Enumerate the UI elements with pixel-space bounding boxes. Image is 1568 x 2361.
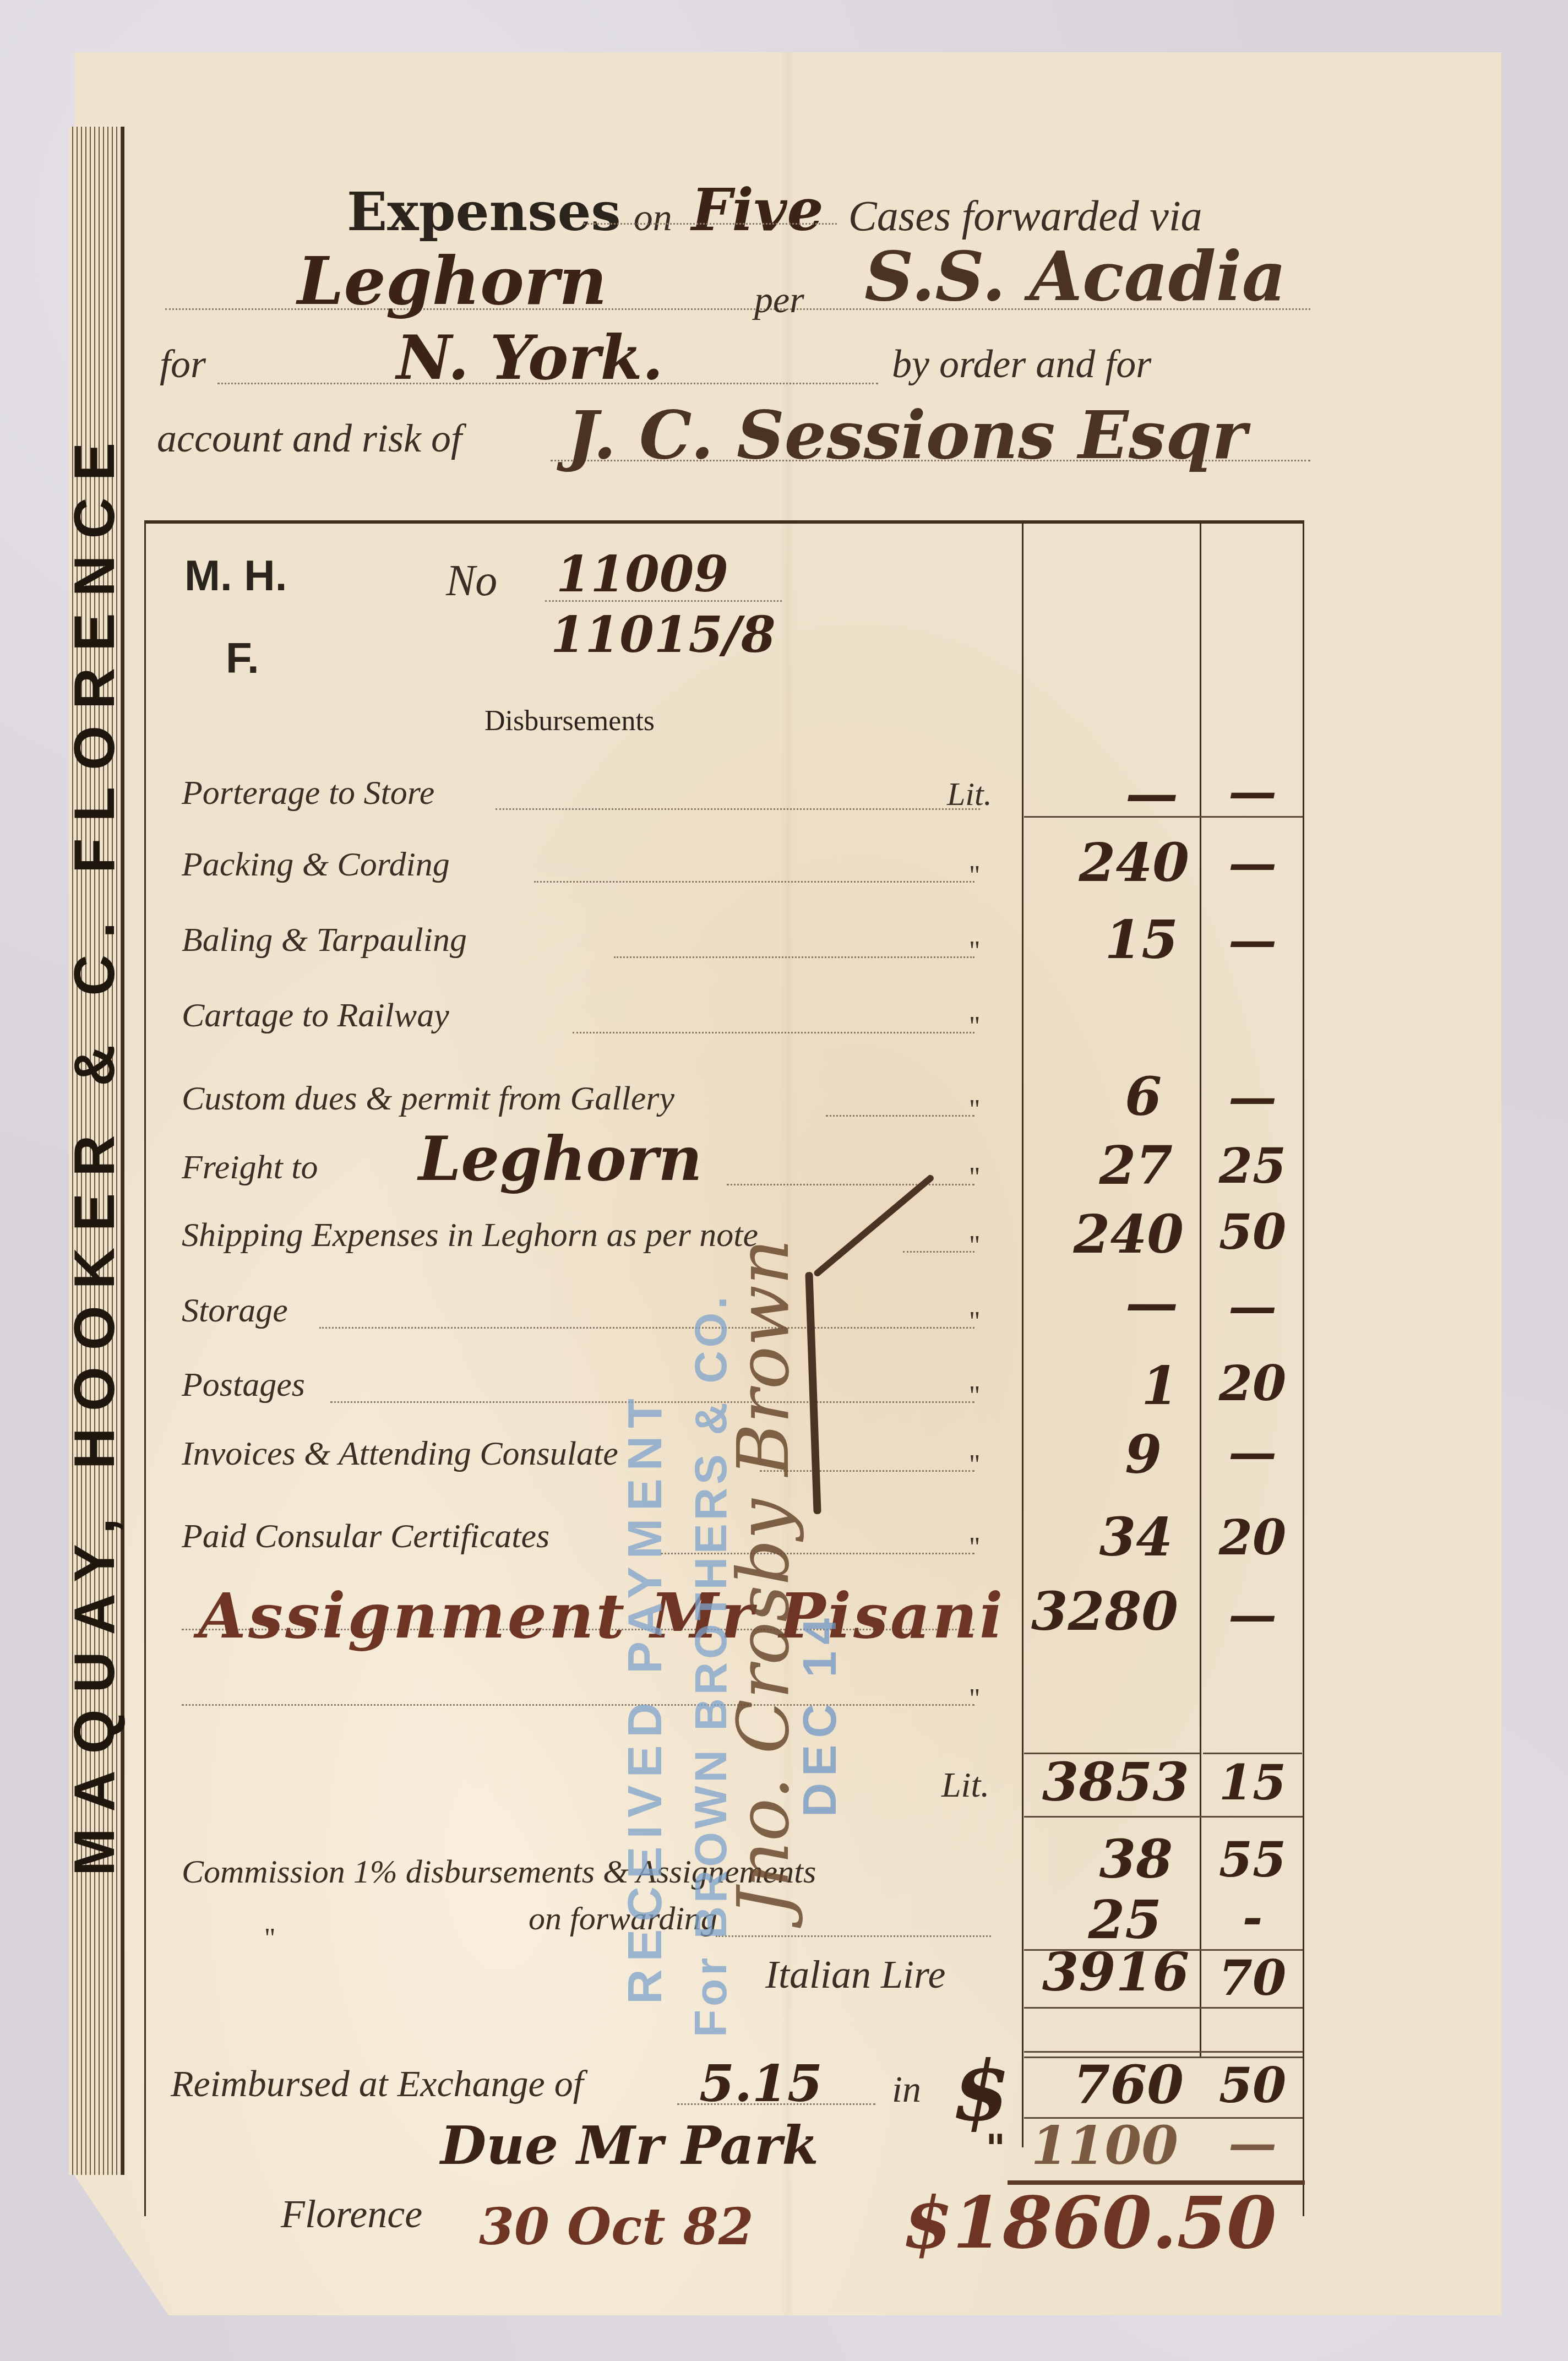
row-ditto-mark: " (969, 1010, 980, 1042)
commission-cents: 55 (1206, 1831, 1299, 1888)
row-label-shipping-expenses: Shipping Expenses in Leghorn as per note (182, 1216, 758, 1255)
row-amount-lire: 3280 (1013, 1580, 1178, 1642)
row-ditto-mark: " (969, 1531, 980, 1563)
dotted-line (716, 1935, 991, 1937)
row-amount-cents: — (1206, 911, 1299, 969)
due-ditto-mark: " (986, 2125, 1005, 2171)
row-amount-cents: — (1206, 834, 1299, 891)
row-label-cartage: Cartage to Railway (182, 996, 449, 1035)
case-number-1: 11009 (556, 545, 728, 603)
forwarding-ditto-mark: " (264, 1922, 275, 1954)
reimbursed-label: Reimbursed at Exchange of (171, 2062, 584, 2106)
cents-column-divider (1200, 520, 1201, 2057)
per-label: per (754, 278, 804, 322)
row-ditto-mark: " (969, 1093, 980, 1125)
row-ditto-mark: " (969, 1229, 980, 1261)
subtotal-lire: 3853 (1030, 1751, 1189, 1813)
row-label-consular-certificates: Paid Consular Certificates (182, 1517, 549, 1556)
row-amount-lire: 240 (1035, 831, 1189, 894)
row-rule (1024, 816, 1303, 818)
quantity-handwritten: Five (692, 176, 824, 244)
due-mr-park-label: Due Mr Park (440, 2114, 819, 2177)
shipping-mark-line-2: F. (226, 633, 259, 683)
due-cents: — (1206, 2114, 1299, 2172)
row-label-custom-dues: Custom dues & permit from Gallery (182, 1079, 674, 1118)
expenses-heading: Expenses (347, 181, 621, 243)
row-label-porterage: Porterage to Store (182, 774, 434, 813)
row-amount-cents: 50 (1206, 1203, 1299, 1260)
table-left-border (144, 520, 146, 2216)
row-amount-cents: — (1206, 763, 1299, 820)
letterhead-strip-text-container: MAQUAY, HOOKER & C. FLORENCE (69, 127, 121, 2175)
subtotal-bottom-rule (1024, 1816, 1303, 1818)
date-handwritten: 30 Oct 82 (479, 2197, 754, 2256)
row-label-freight: Freight to (182, 1148, 318, 1187)
row-ditto-mark: " (969, 1161, 980, 1193)
lire-column-divider (1022, 520, 1023, 2147)
dotted-line (826, 1115, 974, 1117)
destination-handwritten: N. York. (396, 322, 663, 393)
receipt-signature: Jno. Crosby Brown (721, 1239, 805, 1916)
dotted-line (534, 881, 974, 883)
dotted-line (496, 808, 980, 810)
freight-destination-handwritten: Leghorn (418, 1123, 703, 1194)
table-top-border (144, 520, 1303, 524)
dotted-line (727, 1184, 974, 1185)
row-amount-cents: 25 (1206, 1137, 1299, 1194)
row-ditto-mark: " (969, 1448, 980, 1480)
dotted-line (903, 1251, 974, 1253)
row-amount-lire: 34 (1035, 1506, 1173, 1568)
header-line-1: Expenses on Five Cases forwarded via (347, 176, 1202, 244)
row-amount-lire: 240 (1035, 1203, 1184, 1265)
subtotal-cents: 15 (1206, 1754, 1299, 1811)
dotted-line (584, 223, 837, 225)
row-label-storage: Storage (182, 1291, 288, 1330)
row-ditto-mark: " (969, 859, 980, 891)
row-amount-cents: — (1206, 1068, 1299, 1125)
dotted-line (182, 1704, 974, 1706)
row-label-packing: Packing & Cording (182, 845, 450, 884)
for-label: for (160, 341, 206, 387)
cases-forwarded-label: Cases forwarded via (848, 192, 1202, 240)
due-amount: 1100 (1024, 2114, 1178, 2177)
dotted-line (319, 1327, 974, 1329)
row-amount-lire: 27 (1035, 1134, 1173, 1196)
row-label-baling: Baling & Tarpauling (182, 921, 467, 960)
row-ditto-mark: " (969, 1379, 980, 1411)
row-amount-lire: 9 (1035, 1423, 1162, 1486)
row-amount-cents: 20 (1206, 1509, 1299, 1566)
reimbursed-cents: 50 (1206, 2057, 1299, 2114)
row-ditto-mark: " (969, 1682, 980, 1714)
case-number-2: 11015/8 (551, 606, 776, 664)
disbursements-title: Disbursements (484, 705, 655, 737)
on-label: on (634, 197, 672, 239)
row-amount-cents: 20 (1206, 1354, 1299, 1412)
via-port-handwritten: Leghorn (297, 242, 607, 320)
italian-lire-label: Italian Lire (765, 1952, 945, 1998)
in-label: in (892, 2068, 921, 2111)
row-ditto-mark: " (969, 934, 980, 966)
commission-lire: 38 (1035, 1828, 1173, 1890)
header-line-2: Leghorn (297, 242, 607, 320)
row-amount-lire: 6 (1035, 1065, 1162, 1128)
row-marker: Lit. (947, 775, 992, 813)
row-amount-lire: — (1035, 1272, 1178, 1334)
row-amount-cents: — (1206, 1423, 1299, 1481)
total-bottom-rule (1024, 2007, 1303, 2009)
row-amount-lire: 15 (1035, 909, 1178, 971)
grand-total-handwritten: $1860.50 (903, 2180, 1276, 2265)
double-rule-top (1024, 2051, 1303, 2053)
row-amount-cents: — (1206, 1277, 1299, 1335)
letterhead-strip-text: MAQUAY, HOOKER & C. FLORENCE (62, 426, 128, 1875)
subtotal-currency-label: Lit. (941, 1765, 989, 1805)
row-ditto-mark: " (969, 1305, 980, 1337)
row-label-invoices: Invoices & Attending Consulate (182, 1434, 618, 1473)
assignment-handwritten-label: Assignment Mr Pisani (198, 1580, 1005, 1652)
place-label: Florence (281, 2191, 422, 2237)
reimbursed-dollars: 760 (1035, 2054, 1184, 2116)
dotted-line (614, 956, 974, 958)
ship-name-handwritten: S.S. Acadia (864, 237, 1286, 317)
received-payment-stamp: RECEIVED PAYMENT (617, 1391, 673, 2004)
client-name-handwritten: J. C. Sessions Esqr (567, 396, 1246, 474)
number-label: No (446, 556, 497, 606)
table-right-border (1303, 520, 1304, 2216)
row-amount-lire: 1 (1035, 1354, 1178, 1417)
shipping-mark-line-1: M. H. (184, 551, 287, 601)
total-cents: 70 (1206, 1949, 1299, 2006)
forwarding-cents: - (1206, 1889, 1299, 1946)
account-risk-label: account and risk of (157, 416, 462, 461)
row-label-postages: Postages (182, 1366, 305, 1405)
exchange-rate-handwritten: 5.15 (699, 2054, 823, 2113)
total-lire: 3916 (1024, 1941, 1189, 2003)
dotted-line (573, 1032, 974, 1033)
row-amount-cents: — (1206, 1586, 1299, 1643)
by-order-label: by order and for (892, 341, 1151, 387)
